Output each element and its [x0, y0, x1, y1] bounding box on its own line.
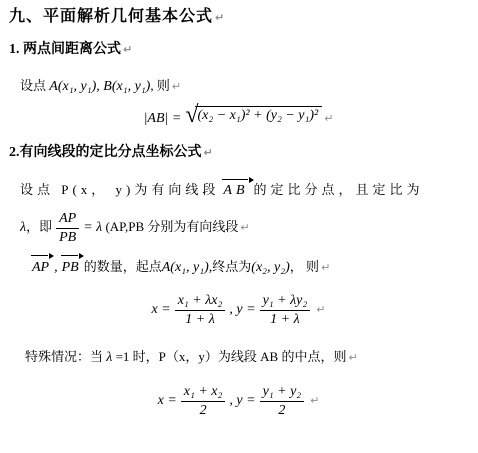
line1-post-text: 的定比分点，且定比为 [254, 182, 424, 197]
ratio-y-denominator: 1 + λ [260, 310, 311, 329]
distance-formula-lhs: |AB| = [144, 111, 182, 126]
midpoint-formula: x =x₁ + x₂2, y =y₁ + y₂2↵ [9, 383, 468, 419]
document-page: 九、平面解析几何基本公式↵ 1. 两点间距离公式↵ 设点 A(x₁, y₁), … [0, 0, 478, 453]
intro-pre-text: 设点 [20, 78, 46, 93]
ratio-y-numerator: y₁ + λy₂ [260, 292, 311, 310]
line3-start-point: A(x₁, y₁), [162, 260, 213, 275]
special-cn2-text: =1 时，P（x，y）为线段 AB 的中点，则 [112, 349, 346, 364]
special-cn1-text: 特殊情况：当 [25, 349, 106, 364]
section1-heading: 1. 两点间距离公式↵ [9, 41, 468, 59]
line3-cn2-text: 终点为 [212, 259, 251, 274]
midpoint-y-fraction: y₁ + y₂2 [260, 383, 305, 419]
line2-cn1-text: ，即 [26, 219, 52, 234]
page-title: 九、平面解析几何基本公式↵ [9, 7, 468, 28]
special-case-line: 特殊情况：当 λ =1 时，P（x，y）为线段 AB 的中点，则↵ [25, 347, 468, 368]
vector-pb: PB [60, 255, 82, 279]
paragraph-mark-icon: ↵ [322, 112, 333, 125]
paragraph-mark-icon: ↵ [319, 261, 330, 274]
points-math-text: A(x₁, y₁), B(x₁, y₁) [49, 79, 150, 94]
section2-heading-text: 2.有向线段的定比分点坐标公式 [9, 145, 202, 160]
intro-post-text: , 则 [150, 78, 170, 93]
midpoint-x-numerator: x₁ + x₂ [181, 383, 226, 401]
line3-cn3-text: ， 则 [290, 259, 319, 274]
midpoint-y-denominator: 2 [260, 401, 305, 420]
midpoint-sep: , y = [229, 393, 255, 408]
ratio-x-fraction: x₁ + λx₂1 + λ [175, 292, 226, 328]
ratio-y-fraction: y₁ + λy₂1 + λ [260, 292, 311, 328]
line2-eq-text: = λ [83, 220, 102, 235]
fraction-denominator: PB [56, 228, 79, 247]
paragraph-mark-icon: ↵ [202, 146, 213, 159]
paragraph-mark-icon: ↵ [170, 80, 181, 93]
midpoint-x-denominator: 2 [181, 401, 226, 420]
midpoint-x-fraction: x₁ + x₂2 [181, 383, 226, 419]
line2-cn2-text: 分别为有向线段 [147, 219, 238, 234]
ratio-def-line1: 设点 P(x， y)为有向线段AB的定比分点，且定比为 [20, 179, 468, 201]
vector-ap: AP [30, 255, 52, 279]
distance-intro-line: 设点 A(x₁, y₁), B(x₁, y₁), 则↵ [20, 76, 468, 97]
line3-end-point: (x₂, y₂) [251, 260, 290, 275]
midpoint-y-numerator: y₁ + y₂ [260, 383, 305, 401]
fraction-numerator: AP [56, 210, 79, 228]
line3-sep-text: , [54, 260, 58, 275]
ratio-def-line2: λ，即APPB= λ (AP,PB 分别为有向线段↵ [20, 210, 468, 246]
distance-formula: |AB| =√(x₂ − x₁)² + (y₂ − y₁)²↵ [9, 106, 468, 127]
line2-paren-text: (AP,PB [105, 219, 144, 234]
line1-pre-text: 设点 P(x， y)为有向线段 [20, 182, 219, 197]
paragraph-mark-icon: ↵ [121, 43, 132, 56]
fraction-ap-pb: APPB [56, 210, 79, 246]
paragraph-mark-icon: ↵ [238, 221, 249, 234]
ratio-point-formula: x =x₁ + λx₂1 + λ, y =y₁ + λy₂1 + λ↵ [9, 292, 468, 328]
ratio-x-denominator: 1 + λ [175, 310, 226, 329]
midpoint-x-lhs: x = [158, 393, 177, 408]
ratio-def-line3: AP,PB的数量，起点A(x₁, y₁),终点为(x₂, y₂)， 则↵ [28, 255, 468, 279]
ratio-sep: , y = [229, 302, 255, 317]
paragraph-mark-icon: ↵ [308, 394, 319, 407]
line3-cn1-text: 的数量，起点 [84, 259, 162, 274]
ratio-x-lhs: x = [152, 302, 171, 317]
square-root: √(x₂ − x₁)² + (y₂ − y₁)² [185, 106, 322, 127]
paragraph-mark-icon: ↵ [314, 303, 325, 316]
page-title-text: 九、平面解析几何基本公式 [9, 8, 213, 25]
section2-heading: 2.有向线段的定比分点坐标公式↵ [9, 144, 468, 162]
paragraph-mark-icon: ↵ [213, 11, 225, 24]
radicand-text: (x₂ − x₁)² + (y₂ − y₁)² [195, 106, 322, 124]
vector-ab: AB [221, 179, 251, 201]
paragraph-mark-icon: ↵ [346, 351, 357, 364]
ratio-x-numerator: x₁ + λx₂ [175, 292, 226, 310]
section1-heading-text: 1. 两点间距离公式 [9, 42, 121, 57]
